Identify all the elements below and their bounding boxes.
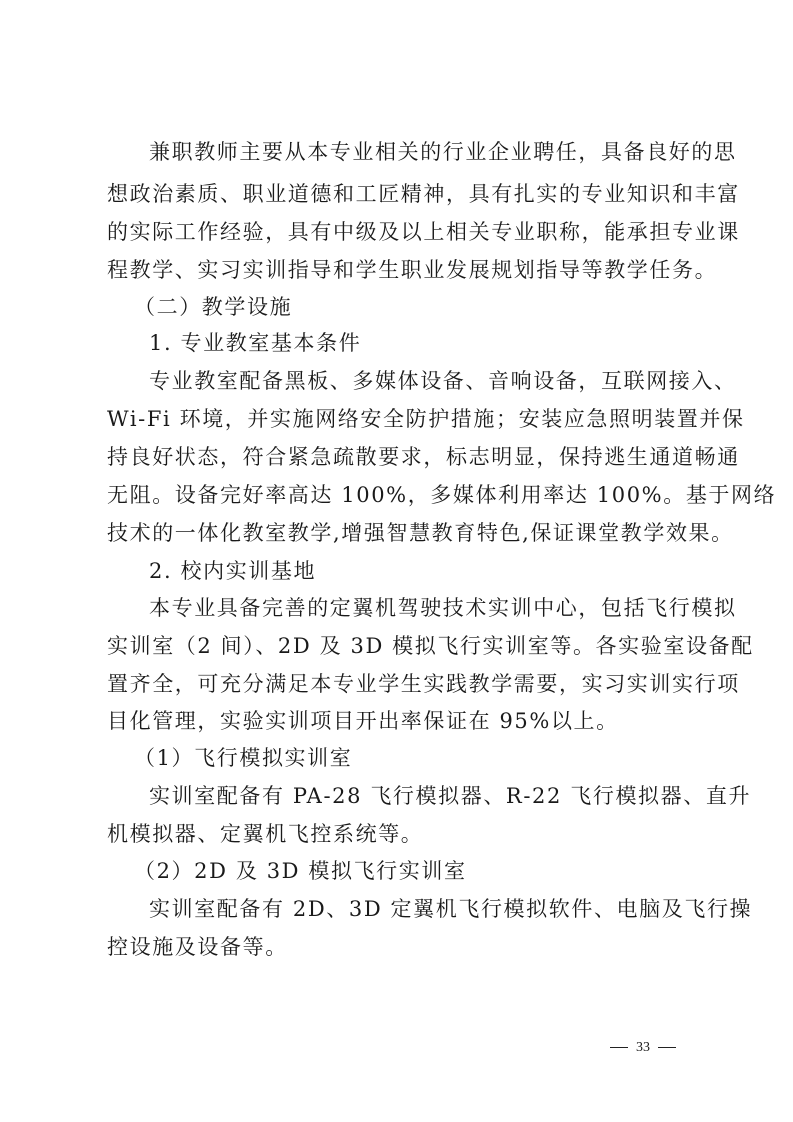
text-line: 1. 专业教室基本条件 [149, 329, 697, 357]
text-line: 的实际工作经验，具有中级及以上相关专业职称，能承担专业课 [107, 218, 697, 246]
text-line: Wi-Fi 环境，并实施网络安全防护措施；安装应急照明装置并保 [107, 405, 697, 433]
text-line: 技术的一体化教室教学,增强智慧教育特色,保证课堂教学效果。 [107, 519, 697, 547]
text-line: 置齐全，可充分满足本专业学生实践教学需要，实习实训实行项 [107, 670, 697, 698]
page-number: 33 [636, 1040, 650, 1055]
text-line: 2. 校内实训基地 [149, 557, 697, 585]
text-line: 控设施及设备等。 [107, 933, 697, 961]
text-line: （2）2D 及 3D 模拟飞行实训室 [134, 857, 697, 885]
text-line: 无阻。设备完好率高达 100%，多媒体利用率达 100%。基于网络 [107, 481, 697, 509]
text-line: 实训室配备有 2D、3D 定翼机飞行模拟软件、电脑及飞行操 [149, 895, 697, 923]
text-line: 想政治素质、职业道德和工匠精神，具有扎实的专业知识和丰富 [107, 180, 697, 208]
text-line: 本专业具备完善的定翼机驾驶技术实训中心，包括飞行模拟 [149, 594, 697, 622]
text-line: 机模拟器、定翼机飞控系统等。 [107, 820, 697, 848]
footer-dash-right [658, 1047, 676, 1048]
text-line: 实训室（2 间）、2D 及 3D 模拟飞行实训室等。各实验室设备配 [107, 632, 697, 660]
page-footer: 33 [598, 1040, 688, 1056]
text-line: 目化管理，实验实训项目开出率保证在 95%以上。 [107, 707, 697, 735]
text-line: 程教学、实习实训指导和学生职业发展规划指导等教学任务。 [107, 256, 697, 284]
text-line: 专业教室配备黑板、多媒体设备、音响设备，互联网接入、 [149, 367, 697, 395]
document-page: 兼职教师主要从本专业相关的行业企业聘任，具备良好的思想政治素质、职业道德和工匠精… [0, 0, 793, 1122]
text-line: 兼职教师主要从本专业相关的行业企业聘任，具备良好的思 [149, 138, 697, 166]
text-line: 实训室配备有 PA-28 飞行模拟器、R-22 飞行模拟器、直升 [149, 782, 697, 810]
text-line: 持良好状态，符合紧急疏散要求，标志明显，保持逃生通道畅通 [107, 443, 697, 471]
text-line: （二）教学设施 [134, 293, 697, 321]
text-line: （1）飞行模拟实训室 [134, 744, 697, 772]
footer-dash-left [610, 1047, 628, 1048]
